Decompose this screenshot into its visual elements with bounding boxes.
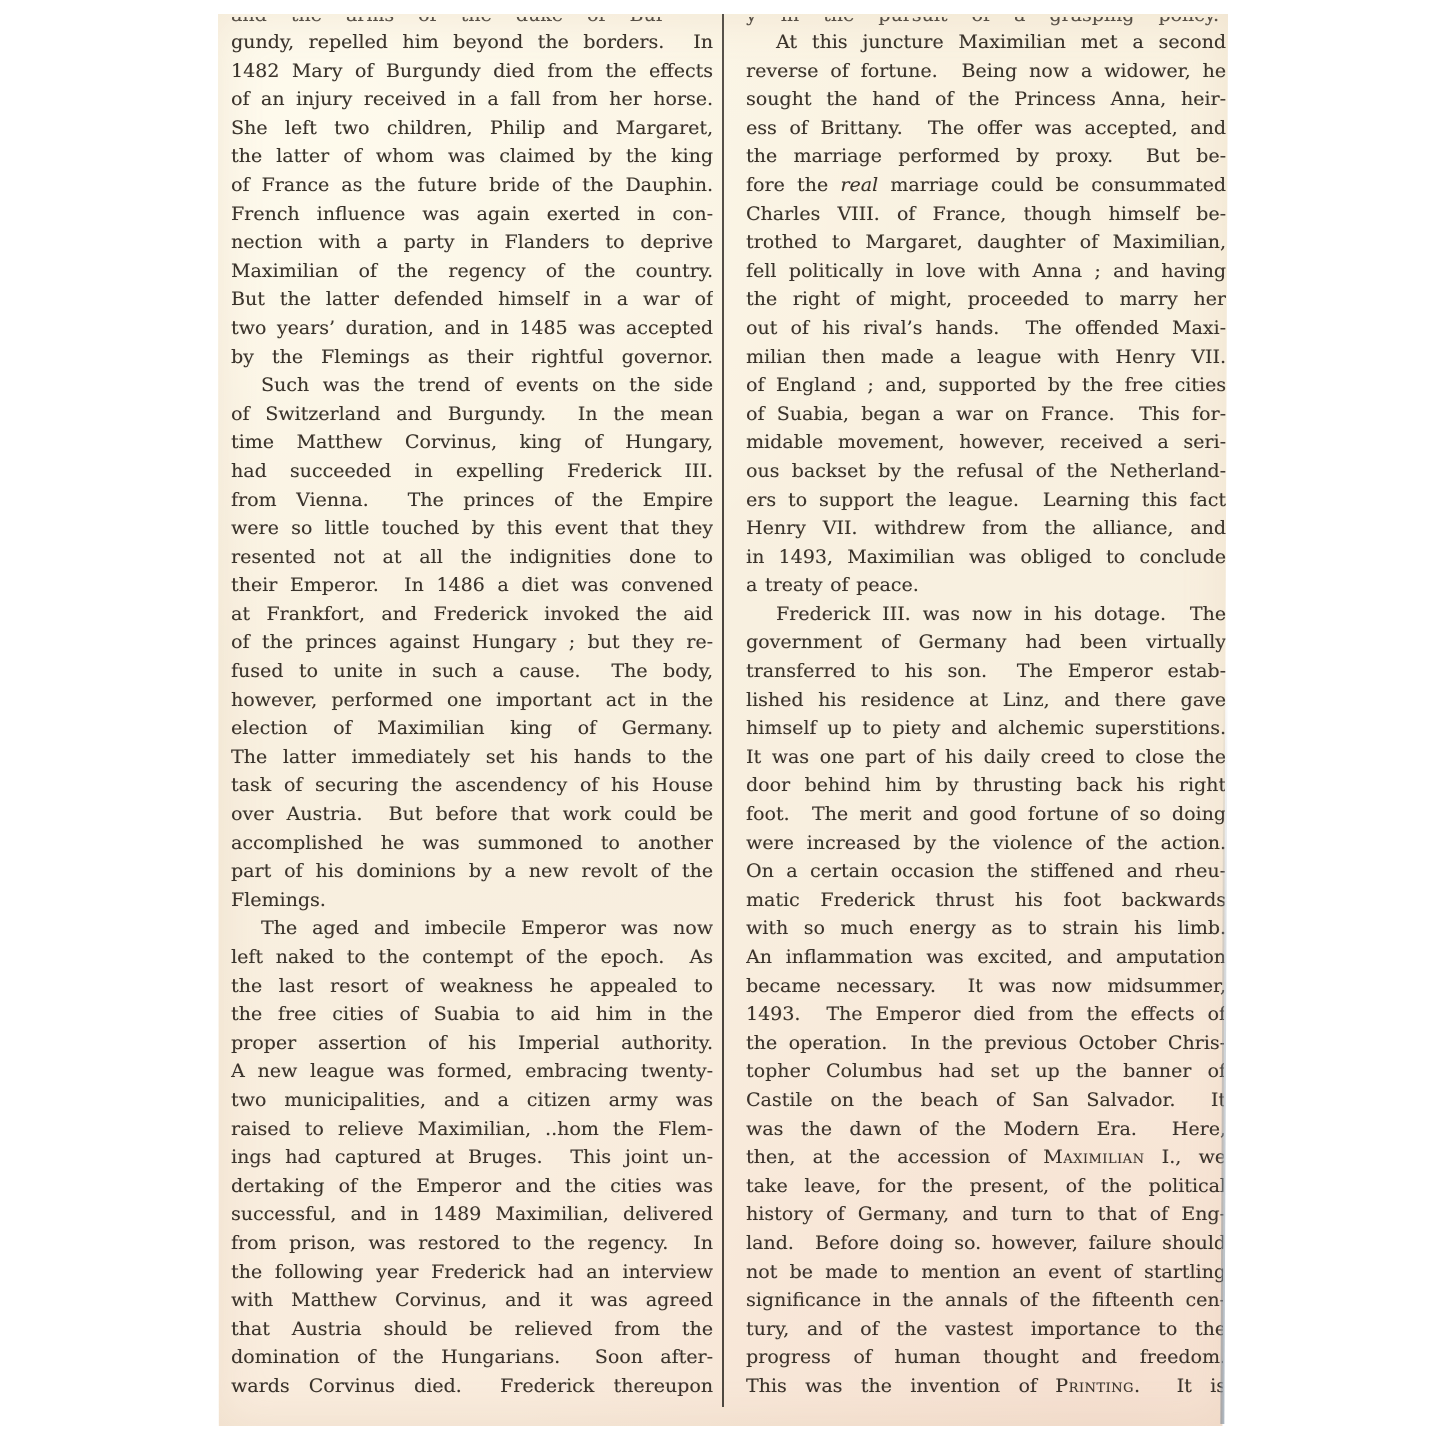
text-line: from Vienna. The princes of the Empire xyxy=(231,486,713,515)
text-line: ess of Brittany. The offer was accepted,… xyxy=(746,114,1226,143)
text-line: part of his dominions by a new revolt of… xyxy=(231,857,713,886)
text-line: reverse of fortune. Being now a widower,… xyxy=(746,57,1226,86)
text-line: transferred to his son. The Emperor esta… xyxy=(746,657,1226,686)
text-line: himself up to piety and alchemic superst… xyxy=(746,714,1226,743)
text-line: fore the real marriage could be consumma… xyxy=(746,171,1226,200)
text-line: midable movement, however, received a se… xyxy=(746,428,1226,457)
text-line: Such was the trend of events on the side xyxy=(231,371,713,400)
text-line: of England ; and, supported by the free … xyxy=(746,371,1226,400)
text-line: a treaty of peace. xyxy=(746,571,1226,600)
text-line: their Emperor. In 1486 a diet was conven… xyxy=(231,571,713,600)
text-line: A new league was formed, embracing twent… xyxy=(231,1057,713,1086)
text-line: the right of might, proceeded to marry h… xyxy=(746,285,1226,314)
left-text-column: and the arms of the duke of Bur-gundy, r… xyxy=(231,17,713,1401)
text-line: were so little touched by this event tha… xyxy=(231,514,713,543)
text-line: proper assertion of his Imperial authori… xyxy=(231,1029,713,1058)
text-line: with Matthew Corvinus, and it was agreed xyxy=(231,1286,713,1315)
cutoff-line-fragment: and the arms of the duke of Bur- xyxy=(231,17,713,27)
text-line: of Switzerland and Burgundy. In the mean xyxy=(231,400,713,429)
text-line: of France as the future bride of the Dau… xyxy=(231,171,713,200)
text-line: gundy, repelled him beyond the borders. … xyxy=(231,28,713,57)
text-line: French influence was again exerted in co… xyxy=(231,200,713,229)
text-line: of Suabia, began a war on France. This f… xyxy=(746,400,1226,429)
text-line: domination of the Hungarians. Soon after… xyxy=(231,1343,713,1372)
cutoff-line-fragment: y in the pursuit of a grasping policy. xyxy=(746,17,1226,27)
text-line: Maximilian of the regency of the country… xyxy=(231,257,713,286)
book-page-scan: and the arms of the duke of Bur-gundy, r… xyxy=(218,14,1228,1426)
text-line: ers to support the league. Learning this… xyxy=(746,486,1226,515)
fragment-text: and the arms of the duke of Bur- xyxy=(231,17,713,27)
text-line: take leave, for the present, of the poli… xyxy=(746,1172,1226,1201)
text-line: Charles VIII. of France, though himself … xyxy=(746,200,1226,229)
text-line: left naked to the contempt of the epoch.… xyxy=(231,943,713,972)
text-line: Frederick III. was now in his dotage. Th… xyxy=(746,600,1226,629)
text-line: It was one part of his daily creed to cl… xyxy=(746,743,1226,772)
text-line: however, performed one important act in … xyxy=(231,686,713,715)
text-line: the latter of whom was claimed by the ki… xyxy=(231,142,713,171)
text-line: task of securing the ascendency of his H… xyxy=(231,771,713,800)
text-line: with so much energy as to strain his lim… xyxy=(746,914,1226,943)
text-line: at Frankfort, and Frederick invoked the … xyxy=(231,600,713,629)
text-line: over Austria. But before that work could… xyxy=(231,800,713,829)
text-line: two years’ duration, and in 1485 was acc… xyxy=(231,314,713,343)
text-line: then, at the accession of Maximilian I.,… xyxy=(746,1143,1226,1172)
text-line: sought the hand of the Princess Anna, he… xyxy=(746,85,1226,114)
text-line: time Matthew Corvinus, king of Hungary, xyxy=(231,428,713,457)
text-line: successful, and in 1489 Maximilian, deli… xyxy=(231,1200,713,1229)
text-line: This was the invention of Printing. It i… xyxy=(746,1372,1226,1401)
text-line: fell politically in love with Anna ; and… xyxy=(746,257,1226,286)
text-line: The aged and imbecile Emperor was now xyxy=(231,914,713,943)
text-line: from prison, was restored to the regency… xyxy=(231,1229,713,1258)
text-line: An inflammation was excited, and amputat… xyxy=(746,943,1226,972)
text-line: ings had captured at Bruges. This joint … xyxy=(231,1143,713,1172)
text-line: But the latter defended himself in a war… xyxy=(231,285,713,314)
text-line: of the princes against Hungary ; but the… xyxy=(231,628,713,657)
text-line: dertaking of the Emperor and the cities … xyxy=(231,1172,713,1201)
text-line: two municipalities, and a citizen army w… xyxy=(231,1086,713,1115)
text-line: that Austria should be relieved from the xyxy=(231,1315,713,1344)
text-line: was the dawn of the Modern Era. Here, xyxy=(746,1115,1226,1144)
text-line: significance in the annals of the fiftee… xyxy=(746,1286,1226,1315)
text-line: history of Germany, and turn to that of … xyxy=(746,1200,1226,1229)
text-line: the operation. In the previous October C… xyxy=(746,1029,1226,1058)
text-line: accomplished he was summoned to another xyxy=(231,829,713,858)
text-line: milian then made a league with Henry VII… xyxy=(746,343,1226,372)
text-line: were increased by the violence of the ac… xyxy=(746,829,1226,858)
text-line: ous backset by the refusal of the Nether… xyxy=(746,457,1226,486)
text-line: resented not at all the indignities done… xyxy=(231,543,713,572)
text-line: lished his residence at Linz, and there … xyxy=(746,686,1226,715)
text-line: the marriage performed by proxy. But be- xyxy=(746,142,1226,171)
text-line: topher Columbus had set up the banner of xyxy=(746,1057,1226,1086)
text-line: progress of human thought and freedom. xyxy=(746,1343,1226,1372)
text-line: government of Germany had been virtually xyxy=(746,628,1226,657)
text-line: of an injury received in a fall from her… xyxy=(231,85,713,114)
text-line: the following year Frederick had an inte… xyxy=(231,1258,713,1287)
text-line: fused to unite in such a cause. The body… xyxy=(231,657,713,686)
text-line: trothed to Margaret, daughter of Maximil… xyxy=(746,228,1226,257)
text-line: On a certain occasion the stiffened and … xyxy=(746,857,1226,886)
text-line: election of Maximilian king of Germany. xyxy=(231,714,713,743)
text-line: land. Before doing so. however, failure … xyxy=(746,1229,1226,1258)
column-divider-rule xyxy=(722,14,724,1407)
text-line: 1493. The Emperor died from the effects … xyxy=(746,1000,1226,1029)
text-line: Flemings. xyxy=(231,886,713,915)
text-line: Castile on the beach of San Salvador. It xyxy=(746,1086,1226,1115)
text-line: tury, and of the vastest importance to t… xyxy=(746,1315,1226,1344)
text-line: out of his rival’s hands. The offended M… xyxy=(746,314,1226,343)
text-line: door behind him by thrusting back his ri… xyxy=(746,771,1226,800)
text-line: in 1493, Maximilian was obliged to concl… xyxy=(746,543,1226,572)
text-line: the free cities of Suabia to aid him in … xyxy=(231,1000,713,1029)
text-line: At this juncture Maximilian met a second xyxy=(746,28,1226,57)
text-line: had succeeded in expelling Frederick III… xyxy=(231,457,713,486)
text-line: not be made to mention an event of start… xyxy=(746,1258,1226,1287)
text-line: She left two children, Philip and Margar… xyxy=(231,114,713,143)
text-line: the last resort of weakness he appealed … xyxy=(231,972,713,1001)
fragment-text: y in the pursuit of a grasping policy. xyxy=(746,17,1226,27)
text-line: foot. The merit and good fortune of so d… xyxy=(746,800,1226,829)
text-line: 1482 Mary of Burgundy died from the effe… xyxy=(231,57,713,86)
text-line: Henry VII. withdrew from the alliance, a… xyxy=(746,514,1226,543)
text-line: raised to relieve Maximilian, ..hom the … xyxy=(231,1115,713,1144)
text-line: The latter immediately set his hands to … xyxy=(231,743,713,772)
text-line: by the Flemings as their rightful govern… xyxy=(231,343,713,372)
text-line: became necessary. It was now midsummer, xyxy=(746,972,1226,1001)
text-line: wards Corvinus died. Frederick thereupon xyxy=(231,1372,713,1401)
text-line: nection with a party in Flanders to depr… xyxy=(231,228,713,257)
text-line: matic Frederick thrust his foot backward… xyxy=(746,886,1226,915)
right-text-column: y in the pursuit of a grasping policy.At… xyxy=(746,17,1226,1401)
